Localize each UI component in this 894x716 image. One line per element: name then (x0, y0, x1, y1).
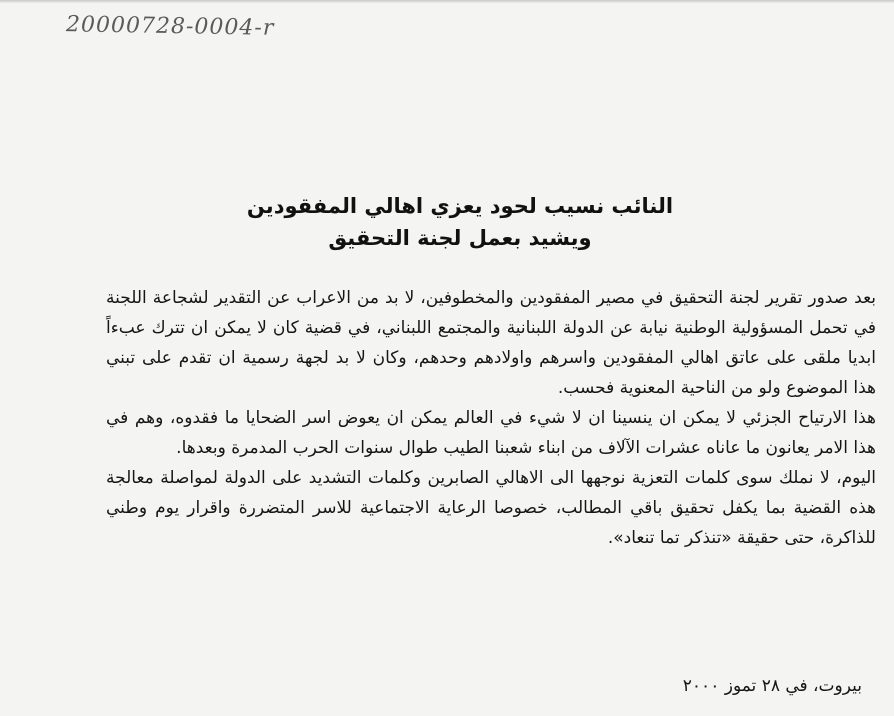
body-paragraph-2: هذا الارتياح الجزئي لا يمكن ان ينسينا ان… (106, 403, 876, 463)
body-paragraph-3: اليوم، لا نملك سوى كلمات التعزية نوجهها … (106, 463, 876, 553)
body-paragraph-1: بعد صدور تقرير لجنة التحقيق في مصير المف… (106, 283, 876, 403)
date-line: بيروت، في ٢٨ تموز ٢٠٠٠ (683, 676, 862, 696)
title-line-2: ويشيد بعمل لجنة التحقيق (200, 222, 720, 254)
document-title: النائب نسيب لحود يعزي اهالي المفقودين وي… (200, 190, 720, 254)
scan-top-edge (0, 0, 894, 3)
document-body: بعد صدور تقرير لجنة التحقيق في مصير المف… (106, 283, 876, 553)
title-line-1: النائب نسيب لحود يعزي اهالي المفقودين (200, 190, 720, 222)
handwritten-document-id: 20000728-0004-r (66, 12, 275, 41)
